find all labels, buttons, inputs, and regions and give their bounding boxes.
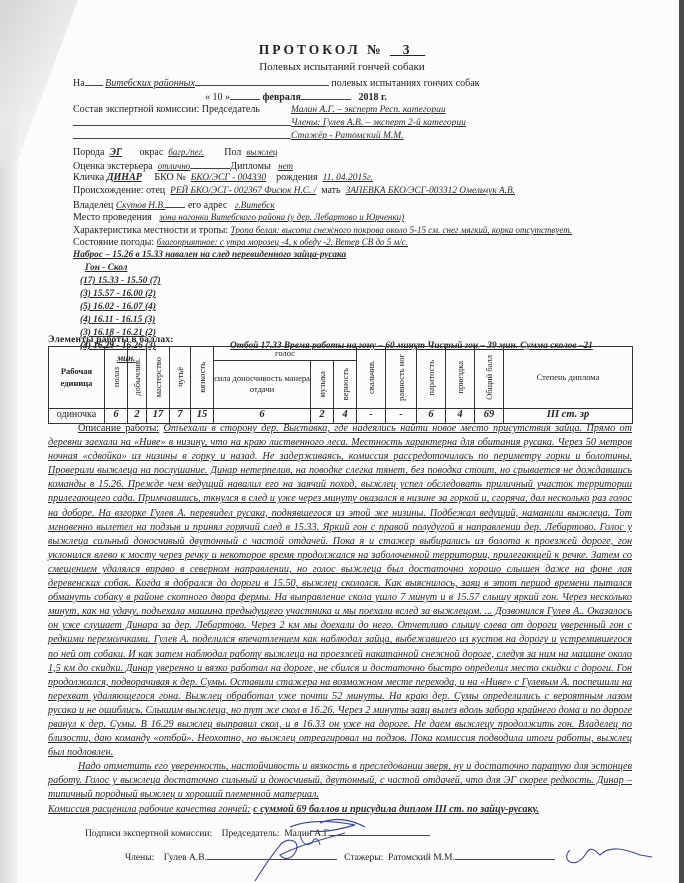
address-value: г.Витебск: [235, 201, 275, 211]
weather-label: Состояние погоды:: [73, 237, 154, 248]
place-line: Место проведения зона нагонки Витебского…: [73, 211, 404, 225]
cell-scent: 7: [170, 408, 191, 423]
breed-line: Порода ЭГ окрас багр./пег. Пол выжлец: [73, 146, 277, 160]
col-unit: Рабочая единица: [49, 347, 105, 409]
blank-line: [73, 125, 291, 126]
birth-value: 11. 04.2015г.: [323, 173, 373, 183]
cell-legs: -: [386, 408, 417, 423]
cell-diploma: III ст. зр: [504, 408, 633, 423]
event-date: « 10 » февраля 2018 г.: [205, 90, 387, 105]
name-label: Кличка: [73, 172, 104, 183]
date-year: 2018 г.: [358, 92, 386, 103]
commission-trainee: Стажёр - Ратомский М.М.: [291, 130, 404, 143]
chase-row: (17) 15.33 - 15.50 (7): [80, 275, 188, 288]
cell-unit: одиночка: [49, 408, 105, 423]
terrain-label: Характеристика местности и тропы:: [73, 225, 228, 236]
members-label: Члены:: [125, 853, 154, 863]
scores-table: Рабочая единица полаз добычлив. мастерст…: [48, 346, 633, 424]
event-line: На Витебских районных полевых испытаниях…: [73, 76, 480, 91]
description-p2: Надо отметить его уверенность, настойчив…: [48, 761, 632, 800]
col-scent: чутьё: [174, 367, 187, 387]
cell-search: 6: [105, 408, 128, 423]
origin-label: Происхождение: отец: [73, 185, 165, 196]
cell-manners: 4: [446, 408, 475, 423]
chase-header: Гон - Скол: [85, 262, 127, 275]
breed-label: Порода: [73, 147, 104, 158]
document-title: ПРОТОКОЛ № 3: [0, 44, 684, 57]
birth-label: рождения: [276, 172, 318, 183]
bko-label: БКО №: [154, 172, 185, 183]
chase-row: (3) 15.57 - 16.00 (2): [80, 288, 188, 301]
cell-pairing: 6: [417, 408, 446, 423]
signatures-label: Подписи экспертной комиссии:: [85, 829, 212, 839]
event-name: Витебских районных: [105, 78, 195, 89]
origin-line: Происхождение: отец РЕЙ БКО/ЭСГ- 002367 …: [73, 185, 515, 198]
col-catch: добычлив.: [131, 358, 144, 396]
scores-caption: Элементы работы в баллах:: [48, 334, 174, 347]
commission-chairman: Малин А.Г. – эксперт Респ. категории: [291, 104, 446, 117]
commission-members: Члены: Гулев А.В. – эксперт 2-й категори…: [291, 117, 466, 130]
mother-value: ЗАПЕВКА БКО/ЭСГ-003312 Омельчук А.В.: [346, 186, 515, 196]
dog-name: ДИНАР: [107, 172, 142, 183]
cell-fidelity: 4: [334, 408, 357, 423]
protocol-document: ПРОТОКОЛ № 3 Полевых испытаний гончей со…: [0, 0, 684, 883]
diplomas-label: Дипломы: [230, 161, 270, 172]
place-label: Место проведения: [73, 212, 152, 223]
chase-row: (4) 16.11 - 16.15 (3): [80, 314, 188, 327]
col-total: Общий балл: [483, 355, 496, 400]
handwritten-signatures: [240, 815, 660, 883]
diplomas-value: нет: [278, 161, 293, 171]
event-prefix: На: [73, 78, 85, 89]
cell-total: 69: [475, 408, 504, 423]
exterior-value: отлично: [158, 161, 191, 171]
col-voice-group: голос: [214, 347, 357, 361]
blank-line: [73, 138, 291, 139]
col-diploma: Степень диплома: [504, 347, 633, 409]
col-legs: равность ног: [395, 354, 408, 401]
chase-start: Наброс – 15.26 в 15.33 навален на след п…: [73, 249, 346, 262]
commission-label: Состав экспертной комиссии: Председатель: [73, 104, 260, 117]
cell-obedience: -: [357, 408, 386, 423]
sex-label: Пол: [224, 147, 241, 158]
exterior-label: Оценка экстерьера: [73, 161, 153, 172]
verdict-plain: Комиссия расценила рабочие качества гонч…: [48, 804, 251, 815]
protocol-number: 3: [403, 42, 413, 57]
weather-value: благоприятное: с утра морозец -4, к обед…: [157, 237, 408, 247]
member-name: Гулев А.В.: [164, 853, 207, 863]
col-obedience: свальчив.: [365, 360, 378, 394]
weather-line: Состояние погоды: благоприятное: с утра …: [73, 236, 408, 250]
dog-name-line: Кличка ДИНАР БКО № БКО/ЭСГ - 004330 рожд…: [73, 172, 373, 185]
score-row: одиночка 6 2 17 7 15 6 2 4 - - 6 4 69 II…: [49, 408, 633, 423]
col-skill: мастерство: [152, 357, 165, 397]
date-month: февраля: [263, 92, 301, 103]
terrain-value: Тропа белая: высота снежного покрова око…: [231, 225, 573, 235]
date-day: « 10 »: [205, 92, 230, 103]
bko-value: БКО/ЭСГ - 004330: [191, 173, 266, 183]
work-description: Описание работы: Отъехали в сторону дер.…: [48, 422, 632, 817]
father-value: РЕЙ БКО/ЭСГ- 002367 Фисюк Н.С. /: [170, 186, 316, 196]
col-music: музыка: [316, 371, 329, 397]
col-manners: приездка: [454, 361, 467, 394]
verdict-bold: с суммой 69 баллов и присудила диплом II…: [253, 804, 539, 815]
col-tenacity: вязкость: [196, 362, 209, 393]
col-fidelity: верность: [339, 368, 352, 400]
col-search: полаз: [110, 367, 123, 387]
col-pairing: паратость: [425, 360, 438, 396]
sex-value: выжлец: [246, 147, 277, 157]
col-voice-power: сила доносчивость манера отдачи: [214, 360, 311, 408]
owner-value: Скутов Н.В.: [116, 201, 165, 211]
description-label: Описание работы:: [78, 423, 159, 434]
place-value: зона нагонки Витебского района (у дер. Л…: [159, 212, 404, 222]
title-text: ПРОТОКОЛ №: [259, 42, 384, 57]
document-subtitle: Полевых испытаний гончей собаки: [0, 61, 684, 74]
color-value: багр./пег.: [168, 147, 204, 157]
cell-skill: 17: [147, 408, 170, 423]
event-suffix: полевых испытаниях гончих собак: [331, 78, 479, 89]
cell-tenacity: 15: [191, 408, 214, 423]
color-label: окрас: [140, 147, 164, 158]
owner-label: Владелец: [73, 200, 113, 211]
description-p1: Отъехали в сторону дер. Выставка, где на…: [48, 423, 632, 758]
mother-label: мать: [321, 185, 340, 196]
breed-value: ЭГ: [109, 147, 122, 158]
address-label: его адрес: [188, 200, 227, 211]
chase-row: (5) 16.02 - 16.07 (4): [80, 301, 188, 314]
cell-voice-power: 6: [214, 408, 311, 423]
cell-catch: 2: [128, 408, 147, 423]
cell-music: 2: [311, 408, 334, 423]
